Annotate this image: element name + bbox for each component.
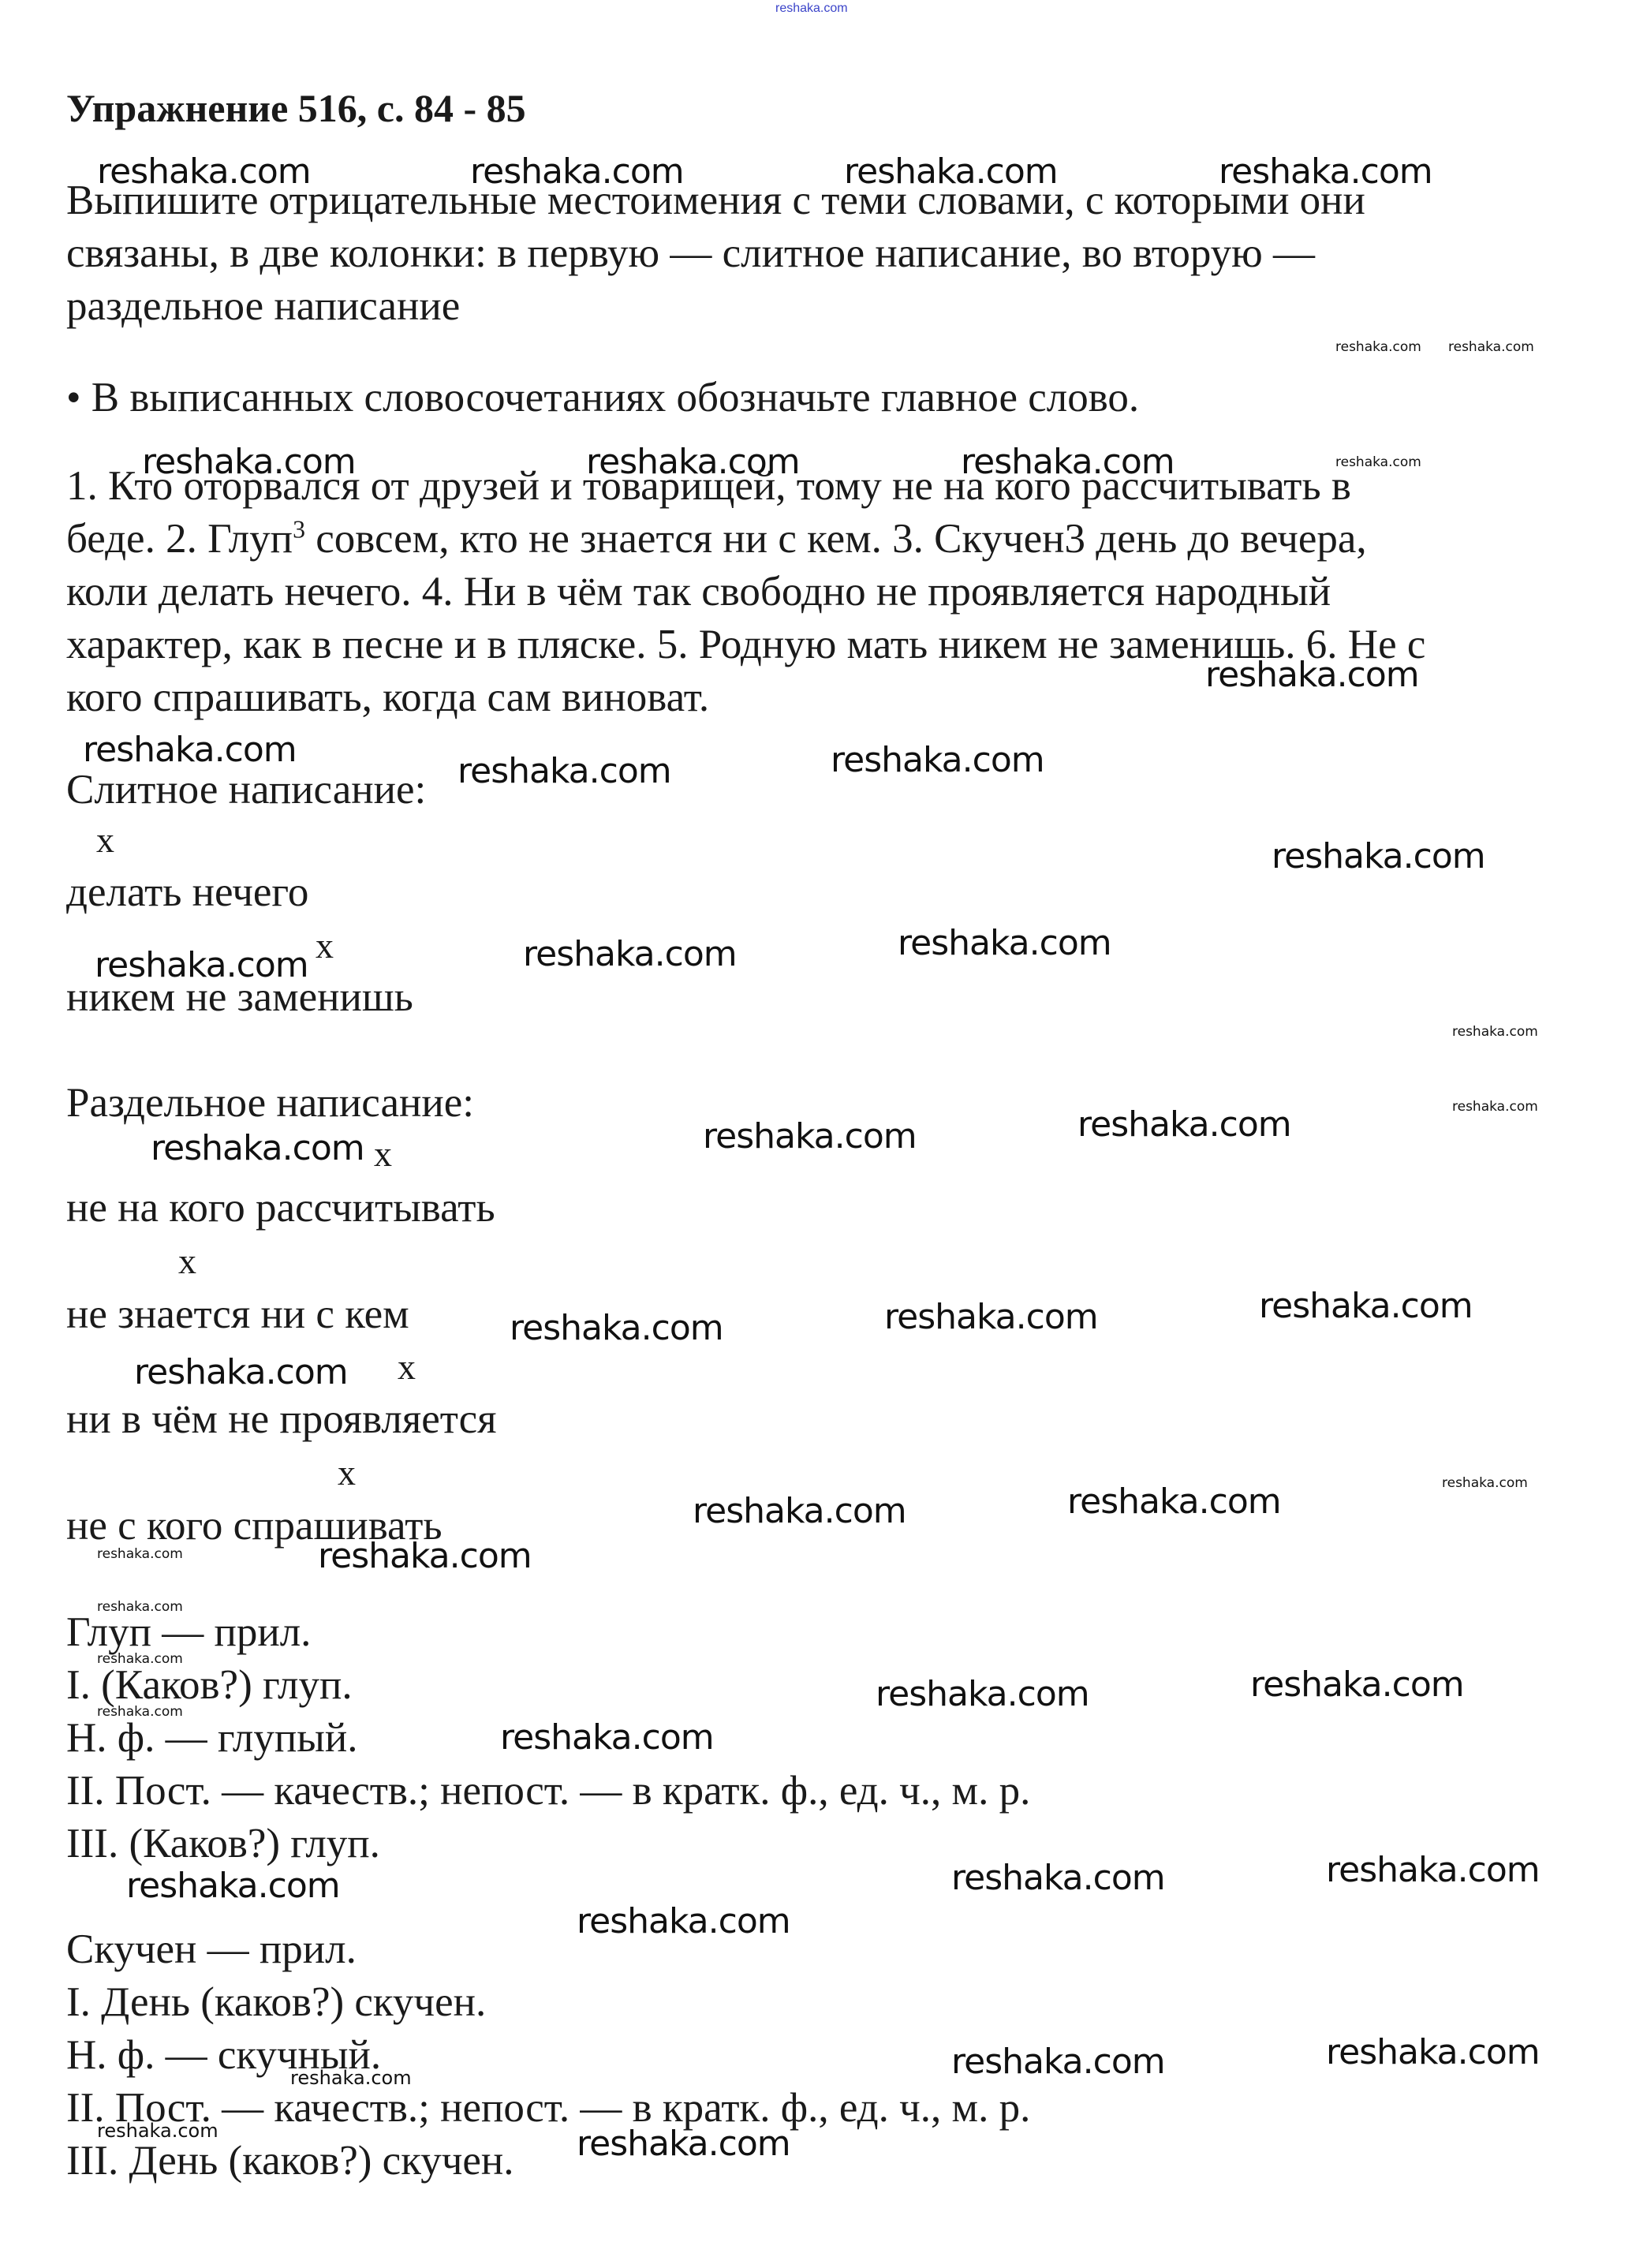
page-title: Упражнение 516, с. 84 - 85 xyxy=(66,85,526,131)
watermark: reshaka.com xyxy=(1077,1104,1291,1145)
watermark: reshaka.com xyxy=(470,151,684,192)
watermark: reshaka.com xyxy=(95,945,308,985)
watermark: reshaka.com xyxy=(1205,655,1419,695)
watermark: reshaka.com xyxy=(884,1297,1098,1337)
analysis-line: I. День (каков?) скучен. xyxy=(66,1982,486,2023)
separate-item: не на кого рассчитывать xyxy=(66,1187,495,1229)
instruction-line: раздельное написание xyxy=(66,286,460,327)
watermark-small: reshaka.com xyxy=(1448,339,1534,355)
watermark-small: reshaka.com xyxy=(290,2067,412,2089)
watermark: reshaka.com xyxy=(577,1901,790,1941)
watermark: reshaka.com xyxy=(151,1128,364,1168)
watermark-small: reshaka.com xyxy=(97,2120,218,2142)
merged-item: делать нечего xyxy=(66,872,308,914)
instruction-bullet: • В выписанных словосочетаниях обозначьт… xyxy=(66,377,1139,419)
watermark: reshaka.com xyxy=(126,1866,340,1906)
watermark: reshaka.com xyxy=(831,740,1044,780)
analysis-line: III. (Каков?) глуп. xyxy=(66,1823,380,1865)
exercise-line-part: беде. 2. Глуп xyxy=(66,516,293,562)
watermark: reshaka.com xyxy=(523,934,737,974)
watermark: reshaka.com xyxy=(693,1491,906,1531)
watermark: reshaka.com xyxy=(1272,836,1485,876)
watermark: reshaka.com xyxy=(951,1858,1165,1898)
analysis-line: I. (Каков?) глуп. xyxy=(66,1665,353,1706)
watermark: reshaka.com xyxy=(1259,1286,1473,1326)
watermark-small: reshaka.com xyxy=(1452,1024,1538,1040)
analysis-line: Скучен — прил. xyxy=(66,1929,357,1971)
watermark: reshaka.com xyxy=(1250,1665,1464,1705)
watermark: reshaka.com xyxy=(898,923,1111,963)
watermark: reshaka.com xyxy=(97,151,311,192)
separate-item: ни в чём не проявляется xyxy=(66,1399,496,1440)
watermark: reshaka.com xyxy=(577,2124,790,2164)
watermark: reshaka.com xyxy=(961,442,1175,482)
superscript-mark: 3 xyxy=(293,515,305,543)
watermark: reshaka.com xyxy=(83,730,297,770)
watermark: reshaka.com xyxy=(142,442,356,482)
watermark-small: reshaka.com xyxy=(1452,1099,1538,1115)
main-word-mark: x xyxy=(178,1240,196,1282)
merged-heading: Слитное написание: xyxy=(66,769,426,811)
site-url[interactable]: reshaka.com xyxy=(775,2,848,16)
watermark-small: reshaka.com xyxy=(97,1599,183,1615)
main-word-mark: x xyxy=(338,1452,356,1493)
watermark: reshaka.com xyxy=(1326,1850,1540,1890)
watermark: reshaka.com xyxy=(318,1536,532,1576)
watermark: reshaka.com xyxy=(951,2042,1165,2082)
analysis-line: Глуп — прил. xyxy=(66,1612,311,1653)
analysis-line: II. Пост. — качеств.; непост. — в кратк.… xyxy=(66,1770,1030,1812)
watermark-small: reshaka.com xyxy=(97,1546,183,1562)
instruction-line: связаны, в две колонки: в первую — слитн… xyxy=(66,233,1315,275)
watermark: reshaka.com xyxy=(876,1674,1089,1714)
watermark: reshaka.com xyxy=(1067,1481,1281,1522)
analysis-line: Н. ф. — глупый. xyxy=(66,1717,357,1759)
analysis-line: III. День (каков?) скучен. xyxy=(66,2140,514,2182)
watermark: reshaka.com xyxy=(500,1717,714,1758)
watermark: reshaka.com xyxy=(844,151,1058,192)
watermark: reshaka.com xyxy=(586,442,800,482)
exercise-line: беде. 2. Глуп3 совсем, кто не знается ни… xyxy=(66,518,1367,560)
watermark: reshaka.com xyxy=(134,1352,348,1392)
exercise-line: коли делать нечего. 4. Ни в чём так своб… xyxy=(66,571,1331,613)
watermark: reshaka.com xyxy=(703,1116,917,1156)
watermark-small: reshaka.com xyxy=(1442,1475,1528,1491)
main-word-mark: x xyxy=(96,819,114,861)
separate-heading: Раздельное написание: xyxy=(66,1082,474,1124)
watermark-small: reshaka.com xyxy=(1335,339,1421,355)
separate-item: не знается ни с кем xyxy=(66,1294,409,1336)
watermark-small: reshaka.com xyxy=(97,1651,183,1667)
watermark: reshaka.com xyxy=(1326,2032,1540,2072)
watermark: reshaka.com xyxy=(1219,151,1432,192)
watermark: reshaka.com xyxy=(457,751,671,791)
main-word-mark: x xyxy=(398,1346,416,1388)
watermark: reshaka.com xyxy=(510,1308,723,1348)
exercise-line: кого спрашивать, когда сам виноват. xyxy=(66,677,709,719)
exercise-line-part: совсем, кто не знается ни с кем. 3. Скуч… xyxy=(305,516,1367,562)
watermark-small: reshaka.com xyxy=(97,1704,183,1720)
watermark-small: reshaka.com xyxy=(1335,454,1421,470)
main-word-mark: x xyxy=(316,925,334,966)
main-word-mark: x xyxy=(374,1133,392,1175)
